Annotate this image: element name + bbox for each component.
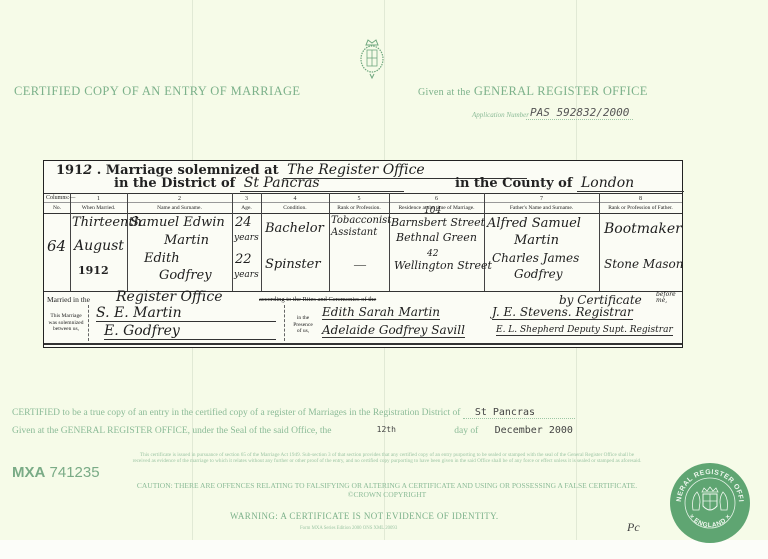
certification-day: 12th: [334, 425, 396, 434]
entry-header-line2: in the District of St Pancras: [114, 175, 404, 192]
bride-father-profession: Stone Mason: [604, 257, 683, 271]
groom-age: 24: [235, 215, 252, 230]
caution-notice: CAUTION: THERE ARE OFFENCES RELATING TO …: [132, 481, 642, 499]
groom-father-forenames: Alfred Samuel: [487, 216, 581, 231]
application-number-value: PAS 592832/2000: [526, 106, 633, 120]
date-month: August: [74, 238, 124, 254]
bride-residence-street: Wellington Street: [394, 259, 492, 272]
scan-margin: [0, 540, 768, 559]
year-printed: 191: [56, 163, 83, 178]
day-of-label: day of: [398, 426, 478, 436]
column-number: 7: [484, 196, 599, 202]
groom-residence-area: Bethnal Green: [396, 231, 477, 244]
district-label: in the District of: [114, 176, 235, 191]
married-in-label: Married in the: [47, 295, 90, 304]
legal-fine-print: This certificate is issued in pursuance …: [132, 452, 642, 465]
bride-age-unit: years: [234, 270, 259, 280]
before-me: before me,: [656, 292, 678, 304]
groom-forenames: Samuel Edwin: [130, 215, 225, 230]
certificate-title: CERTIFIED COPY OF AN ENTRY OF MARRIAGE: [14, 84, 300, 99]
application-number-label: Application Number: [472, 111, 529, 119]
column-header-profession: Rank or Profession.: [329, 205, 389, 211]
entry-header-county: in the County of London: [455, 175, 684, 192]
bride-residence-number: 42: [427, 249, 438, 259]
registration-district: St Pancras: [463, 407, 575, 419]
column-number: 6: [389, 196, 484, 202]
groom-surname: Martin: [164, 233, 209, 248]
certification-line-1: CERTIFIED to be a true copy of an entry …: [12, 407, 575, 419]
given-at-text: Given at the GENERAL REGISTER OFFICE, un…: [12, 426, 332, 436]
column-number: 5: [329, 196, 389, 202]
rule: [44, 213, 682, 214]
serial-prefix: MXA: [12, 464, 45, 481]
column-header-father-name: Father's Name and Surname.: [484, 205, 599, 211]
bride-signature: E. Godfrey: [104, 323, 276, 340]
county-label: in the County of: [455, 176, 572, 191]
bride-father-surname: Godfrey: [514, 267, 563, 281]
solemnized-between-label: This Marriage was solemnized between us,: [47, 313, 85, 333]
groom-age-unit: years: [234, 233, 259, 243]
clerk-initials: Pc: [627, 520, 640, 535]
date-year: 1912: [78, 264, 109, 277]
certification-month-year: December 2000: [481, 425, 573, 436]
issuing-office: Given at the GENERAL REGISTER OFFICE: [418, 84, 648, 99]
official-2: E. L. Shepherd Deputy Supt. Registrar: [496, 325, 673, 336]
column-header-name: Name and Surname.: [127, 205, 232, 211]
witness-1: Edith Sarah Martin: [322, 305, 440, 320]
column-header-when-married: When Married.: [70, 205, 127, 211]
certification-text: CERTIFIED to be a true copy of an entry …: [12, 408, 460, 418]
bride-surname: Godfrey: [159, 268, 212, 283]
royal-coat-of-arms-icon: [358, 37, 386, 81]
column-number: 1: [70, 196, 127, 202]
register-entry: 1912 . Marriage solemnized at The Regist…: [43, 160, 683, 348]
column-header-condition: Condition.: [261, 205, 329, 211]
column-number: 4: [261, 196, 329, 202]
groom-father-profession: Bootmaker: [604, 221, 682, 237]
groom-condition: Bachelor: [265, 221, 324, 236]
entry-number: 64: [47, 237, 66, 255]
groom-residence-street: Barnsbert Street: [391, 216, 485, 229]
column-number: 3: [232, 196, 261, 202]
witness-2: Adelaide Godfrey Savill: [322, 323, 465, 338]
column-number: 8: [599, 196, 682, 202]
issuing-office-prefix: Given at the: [418, 87, 470, 98]
bride-forename: Edith: [144, 251, 180, 266]
bride-father-forenames: Charles James: [492, 251, 579, 265]
bride-age: 22: [235, 252, 252, 267]
serial-number: MXA 741235: [12, 464, 100, 481]
groom-profession-line2: Assistant: [331, 227, 377, 238]
county-value: London: [577, 175, 684, 192]
issuing-office-name: GENERAL REGISTER OFFICE: [474, 84, 648, 98]
certification-line-2: Given at the GENERAL REGISTER OFFICE, un…: [12, 425, 573, 436]
presence-label: in the Presence of us,: [291, 315, 315, 335]
register-office-seal-icon: GENERAL REGISTER OFFICE × ENGLAND ×: [669, 462, 751, 544]
column-header-age: Age.: [232, 205, 261, 211]
identity-warning: WARNING: A CERTIFICATE IS NOT EVIDENCE O…: [230, 511, 499, 521]
rule: [44, 202, 682, 203]
column-header-father-profession: Rank or Profession of Father.: [599, 205, 682, 211]
rule: [44, 193, 682, 194]
groom-father-surname: Martin: [514, 233, 559, 248]
column-header-no: No.: [44, 205, 70, 211]
column-number: 2: [127, 196, 232, 202]
groom-signature: S. E. Martin: [96, 305, 276, 322]
bride-condition: Spinster: [265, 257, 321, 272]
serial-digits: 741235: [50, 464, 100, 481]
married-in-value: Register Office: [116, 289, 223, 305]
groom-profession-line1: Tobacconist: [331, 215, 391, 226]
rites-label: according to the Rites and Ceremonies of…: [259, 296, 376, 303]
year-handwritten: 2: [83, 163, 92, 178]
groom-residence-number: 104: [424, 206, 441, 216]
bride-profession: —: [354, 257, 366, 272]
official-1: J. E. Stevens. Registrar: [492, 305, 633, 320]
district-value: St Pancras: [240, 175, 404, 192]
form-number: Form MXA Series Edition 2000 ONS XML 200…: [300, 526, 397, 531]
rule: [44, 343, 682, 345]
